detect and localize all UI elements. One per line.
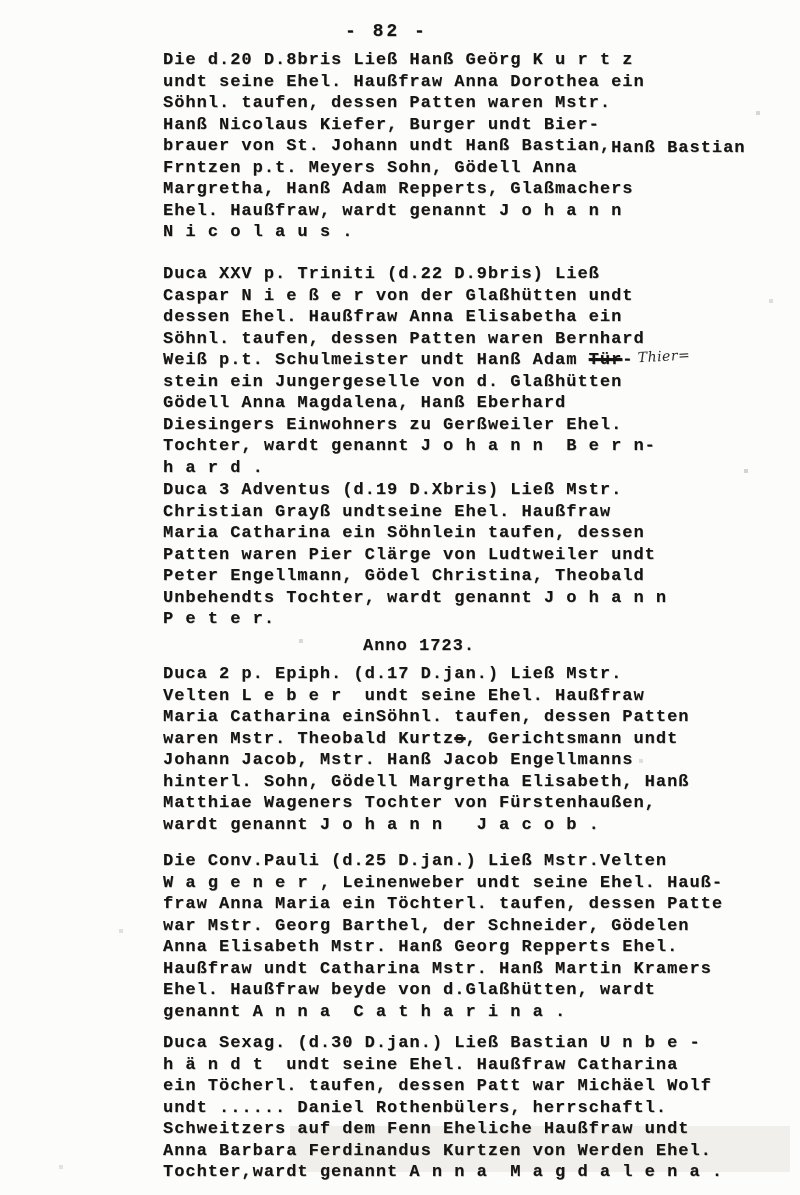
text-line: Weiß p.t. Schulmeister undt Hanß Adam Tü… xyxy=(163,350,691,372)
text-line: Patten waren Pier Clärge von Ludtweiler … xyxy=(163,545,667,567)
text-line: Tochter,wardt genannt A n n a M a g d a … xyxy=(163,1162,723,1184)
baptism-entry-leber: Duca 2 p. Epiph. (d.17 D.jan.) Ließ Mstr… xyxy=(163,664,689,836)
baptism-entry-grayss: Duca 3 Adventus (d.19 D.Xbris) Ließ Mstr… xyxy=(163,480,667,631)
text-line: Ehel. Haußfraw, wardt genannt J o h a n … xyxy=(163,201,746,223)
text-line: Söhnl. taufen, dessen Patten waren Bernh… xyxy=(163,329,691,351)
text-line: Velten L e b e r undt seine Ehel. Haußfr… xyxy=(163,686,689,708)
text-line: Haußfraw undt Catharina Mstr. Hanß Marti… xyxy=(163,959,723,981)
scan-speckles xyxy=(0,0,2,2)
text-segment: Weiß p.t. Schulmeister undt Hanß Adam xyxy=(163,351,589,370)
margin-addition: Hanß Bastian xyxy=(611,138,745,160)
text-line: Schweitzers auf dem Fenn Eheliche Haußfr… xyxy=(163,1119,723,1141)
text-line: h a r d . xyxy=(163,458,691,480)
text-line: wardt genannt J o h a n n J a c o b . xyxy=(163,815,689,837)
text-line: Johann Jacob, Mstr. Hanß Jacob Engellman… xyxy=(163,750,689,772)
text-line: Frntzen p.t. Meyers Sohn, Gödell Anna xyxy=(163,158,746,180)
text-line: waren Mstr. Theobald Kurtzs, Gerichtsman… xyxy=(163,729,689,751)
text-line: war Mstr. Georg Barthel, der Schneider, … xyxy=(163,916,723,938)
baptism-entry-niesser: Duca XXV p. Triniti (d.22 D.9bris) LießC… xyxy=(163,264,691,479)
text-line: Matthiae Wageners Tochter von Fürstenhau… xyxy=(163,793,689,815)
text-line: ein Töcherl. taufen, dessen Patt war Mic… xyxy=(163,1076,723,1098)
text-line: P e t e r. xyxy=(163,609,667,631)
text-line: Unbehendts Tochter, wardt genannt J o h … xyxy=(163,588,667,610)
text-line: fraw Anna Maria ein Töchterl. taufen, de… xyxy=(163,894,723,916)
text-line: Diesingers Einwohners zu Gerßweiler Ehel… xyxy=(163,415,691,437)
handwritten-correction: Thier= xyxy=(633,346,692,370)
text-line: undt ...... Daniel Rothenbülers, herrsch… xyxy=(163,1098,723,1120)
text-line: Duca 3 Adventus (d.19 D.Xbris) Ließ Mstr… xyxy=(163,480,667,502)
text-line: h ä n d t undt seine Ehel. Haußfraw Cath… xyxy=(163,1055,723,1077)
anno-year-heading: Anno 1723. xyxy=(363,636,475,658)
document-page: - 82 - Die d.20 D.8bris Ließ Hanß Geörg … xyxy=(0,0,800,1195)
text-line: Christian Grayß undtseine Ehel. Haußfraw xyxy=(163,502,667,524)
baptism-entry-wagener: Die Conv.Pauli (d.25 D.jan.) Ließ Mstr.V… xyxy=(163,851,723,1023)
text-line: Duca XXV p. Triniti (d.22 D.9bris) Ließ xyxy=(163,264,691,286)
text-line: hinterl. Sohn, Gödell Margretha Elisabet… xyxy=(163,772,689,794)
text-line: Anna Barbara Ferdinandus Kurtzen von Wer… xyxy=(163,1141,723,1163)
struck-out-text: Tür xyxy=(589,351,623,370)
text-line: N i c o l a u s . xyxy=(163,222,746,244)
text-segment: , Gerichtsmann undt xyxy=(465,730,678,749)
text-line: Söhnl. taufen, dessen Patten waren Mstr. xyxy=(163,93,746,115)
text-line: dessen Ehel. Haußfraw Anna Elisabetha ei… xyxy=(163,307,691,329)
text-line: Gödell Anna Magdalena, Hanß Eberhard xyxy=(163,393,691,415)
text-line: undt seine Ehel. Haußfraw Anna Dorothea … xyxy=(163,72,746,94)
text-line: brauer von St. Johann undt Hanß Bastian,… xyxy=(163,136,746,158)
text-segment: waren Mstr. Theobald Kurtz xyxy=(163,730,454,749)
text-line: Caspar N i e ß e r von der Glaßhütten un… xyxy=(163,286,691,308)
text-line: Duca Sexag. (d.30 D.jan.) Ließ Bastian U… xyxy=(163,1033,723,1055)
text-line: Die Conv.Pauli (d.25 D.jan.) Ließ Mstr.V… xyxy=(163,851,723,873)
text-line: Ehel. Haußfraw beyde von d.Glaßhütten, w… xyxy=(163,980,723,1002)
baptism-entry-unbehaendt: Duca Sexag. (d.30 D.jan.) Ließ Bastian U… xyxy=(163,1033,723,1184)
text-line: Anna Elisabeth Mstr. Hanß Georg Repperts… xyxy=(163,937,723,959)
text-line: Tochter, wardt genannt J o h a n n B e r… xyxy=(163,436,691,458)
text-line: genannt A n n a C a t h a r i n a . xyxy=(163,1002,723,1024)
text-line: stein ein Jungergeselle von d. Glaßhütte… xyxy=(163,372,691,394)
baptism-entry-kurtz: Die d.20 D.8bris Ließ Hanß Geörg K u r t… xyxy=(163,50,746,244)
text-line: Die d.20 D.8bris Ließ Hanß Geörg K u r t… xyxy=(163,50,746,72)
text-line: W a g e n e r , Leinenweber undt seine E… xyxy=(163,873,723,895)
text-line: Peter Engellmann, Gödel Christina, Theob… xyxy=(163,566,667,588)
text-line: Margretha, Hanß Adam Repperts, Glaßmache… xyxy=(163,179,746,201)
text-line: Hanß Nicolaus Kiefer, Burger undt Bier- xyxy=(163,115,746,137)
text-line: Duca 2 p. Epiph. (d.17 D.jan.) Ließ Mstr… xyxy=(163,664,689,686)
text-line: Maria Catharina einSöhnl. taufen, dessen… xyxy=(163,707,689,729)
page-number: - 82 - xyxy=(345,22,428,44)
text-line: Maria Catharina ein Söhnlein taufen, des… xyxy=(163,523,667,545)
struck-out-text: s xyxy=(454,730,465,749)
text-segment: brauer von St. Johann undt Hanß Bastian, xyxy=(163,137,611,156)
